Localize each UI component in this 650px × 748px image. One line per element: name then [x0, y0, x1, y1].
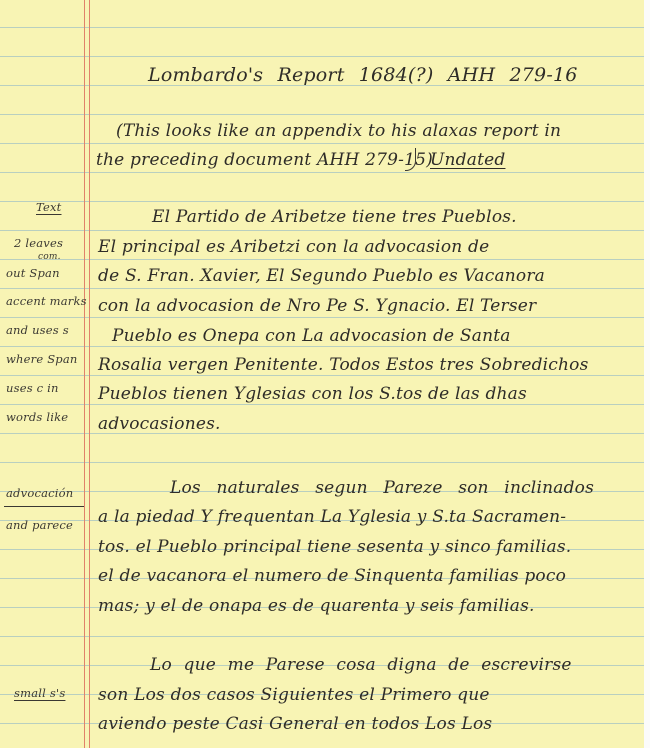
margin-note-line-5: where Span: [6, 352, 78, 366]
p1-line-4: con la advocasion de Nro Pe S. Ygnacio. …: [98, 296, 536, 316]
margin-note-line-2: out Span: [6, 266, 60, 280]
p2-line-4: el de vacanora el numero de Sinquenta fa…: [98, 566, 566, 586]
p1-line-6: Rosalia vergen Penitente. Todos Estos tr…: [98, 355, 589, 375]
margin-note-line-4: and uses s: [6, 323, 69, 337]
margin-note-line-3: accent marks: [6, 294, 87, 308]
margin-note-line-6: uses c in: [6, 381, 59, 395]
red-margin-line-left: [84, 0, 85, 748]
p1-line-3: de S. Fran. Xavier, El Segundo Pueblo es…: [98, 266, 545, 286]
margin-note-line-7: words like: [6, 410, 68, 424]
margin-com-superscript: com.: [38, 252, 61, 262]
p1-line-7: Pueblos tienen Yglesias con los S.tos de…: [98, 384, 527, 404]
p3-line-2: son Los dos casos Siguientes el Primero …: [98, 685, 490, 705]
appendix-note-line-1: (This looks like an appendix to his alax…: [116, 121, 561, 141]
margin-parece-note: and parece: [6, 518, 73, 532]
p2-line-5: mas; y el de onapa es de quarenta y seis…: [98, 596, 535, 616]
margin-note-line-8: advocación: [6, 486, 73, 500]
legal-pad-page: Lombardo's Report 1684(?) AHH 279-16 (Th…: [0, 0, 644, 748]
undated-label: Undated: [430, 150, 505, 170]
p2-line-3: tos. el Pueblo principal tiene sesenta y…: [98, 537, 571, 557]
p2-line-2: a la piedad Y frequentan La Yglesia y S.…: [98, 507, 566, 527]
margin-note-line-1: 2 leaves: [14, 236, 63, 250]
p1-line-5: Pueblo es Onepa con La advocasion de San…: [112, 326, 511, 346]
p3-line-1: Lo que me Parese cosa digna de escrevirs…: [150, 655, 572, 675]
p3-line-3: aviendo peste Casi General en todos Los …: [98, 714, 492, 734]
document-title: Lombardo's Report 1684(?) AHH 279-16: [148, 64, 578, 86]
red-margin-line-right: [89, 0, 90, 748]
p1-line-1: El Partido de Aribetze tiene tres Pueblo…: [152, 207, 517, 227]
margin-text-label: Text: [36, 200, 62, 214]
margin-small-s-note: small s's: [14, 686, 65, 700]
p2-line-1: Los naturales segun Pareze son inclinado…: [170, 478, 594, 498]
p1-line-2: El principal es Aribetzi con la advocasi…: [98, 237, 489, 257]
p1-line-8: advocasiones.: [98, 414, 221, 434]
appendix-note-line-2: the preceding document AHH 279-15): [96, 150, 433, 170]
margin-note-divider: [4, 506, 84, 507]
